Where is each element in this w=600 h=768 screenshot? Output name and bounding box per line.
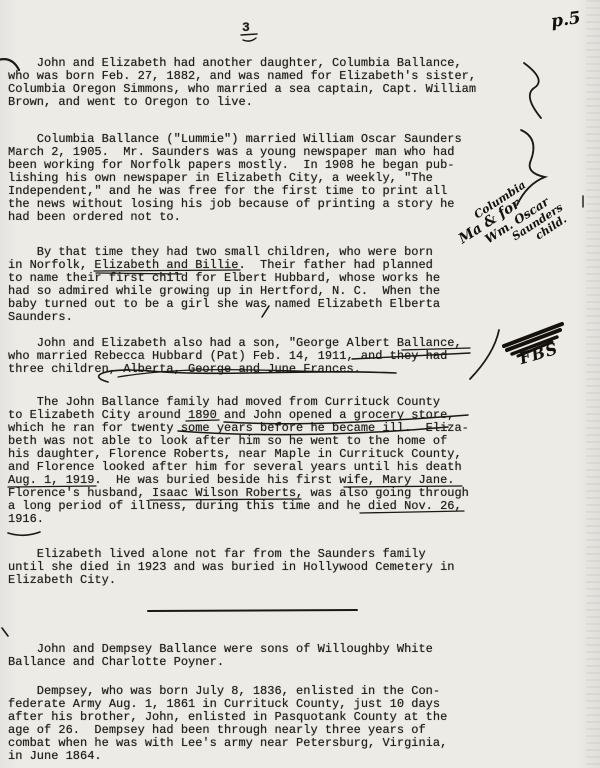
dash-under-1916 — [8, 532, 40, 535]
page-number-underline-mark — [241, 34, 257, 41]
paragraph-dempsey-enlistment: Dempsey, who was born July 8, 1836, enli… — [8, 685, 447, 763]
paragraph-grocery-store: The John Ballance family had moved from … — [8, 396, 469, 526]
section-divider-line — [148, 610, 357, 611]
document-page: 3 p.5 John and Elizabeth had another dau… — [0, 0, 600, 768]
margin-note-handwritten: Columbia Ma & for Wm. Oscar Saunders chi… — [452, 135, 600, 303]
paragraph-saunders-marriage: Columbia Ballance ("Lummie") married Wil… — [8, 133, 462, 224]
paragraph-columbia-birth: John and Elizabeth had another daughter,… — [8, 57, 476, 109]
margin-bracket-paragraph-1 — [524, 63, 541, 118]
handwritten-page-ref: p.5 — [550, 8, 582, 32]
bottom-left-tick — [2, 628, 8, 636]
paragraph-two-children: By that time they had two small children… — [8, 246, 440, 324]
paragraph-george-albert: John and Elizabeth also had a son, "Geor… — [8, 337, 462, 376]
handwritten-initials: FBS — [517, 339, 560, 368]
paragraph-elizabeth-death: Elizabeth lived alone not far from the S… — [8, 548, 454, 587]
margin-bracket-paragraph-4 — [470, 330, 499, 379]
paragraph-sons-of-willoughby: John and Dempsey Ballance were sons of W… — [8, 643, 433, 669]
page-number: 3 — [242, 20, 250, 35]
